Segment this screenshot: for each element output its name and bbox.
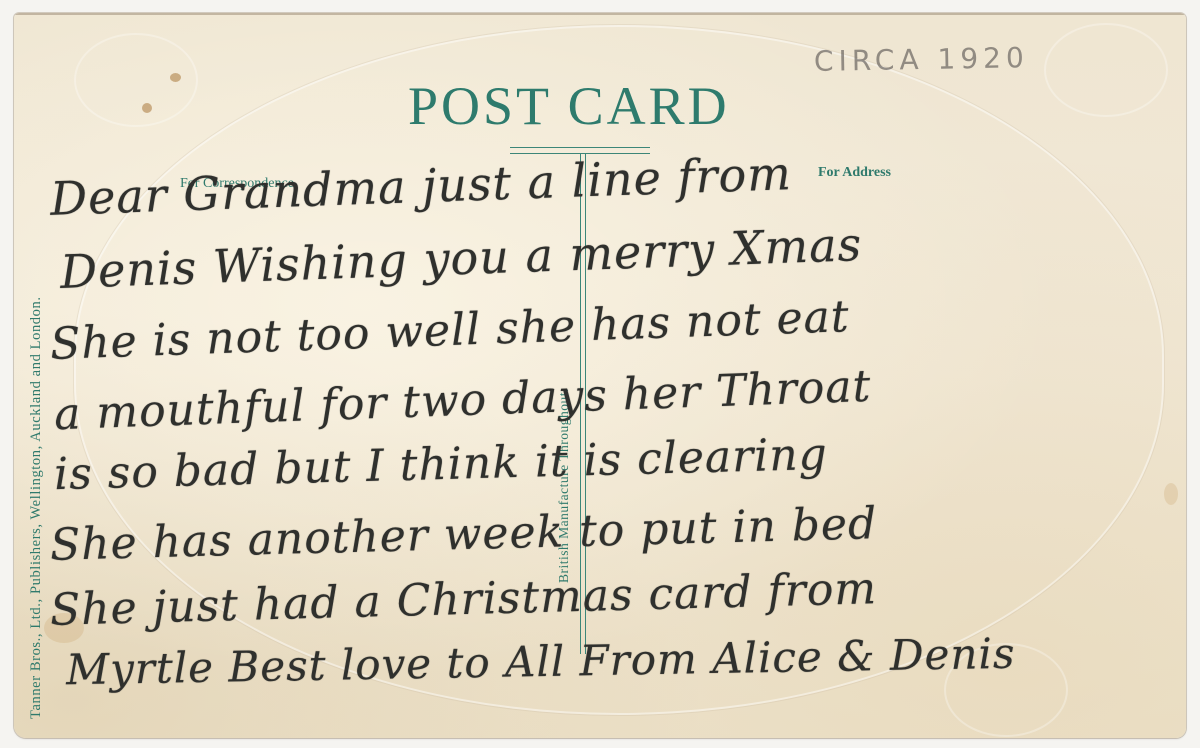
embossed-flower-top-right xyxy=(1044,23,1168,117)
scan-background: CIRCA 1920 POST CARD For Correspondence.… xyxy=(0,0,1200,748)
message-line-2: Denis Wishing you a merry Xmas xyxy=(59,221,862,295)
message-line-7: She just had a Christmas card from xyxy=(50,567,878,633)
age-spot xyxy=(142,103,152,113)
message-line-6: She has another week to put in bed xyxy=(50,502,878,568)
age-spot xyxy=(170,73,181,82)
message-line-8-signature: Myrtle Best love to All From Alice & Den… xyxy=(66,633,1016,692)
postcard: CIRCA 1920 POST CARD For Correspondence.… xyxy=(14,13,1186,738)
pencil-date-annotation: CIRCA 1920 xyxy=(814,41,1029,78)
message-line-4: a mouthful for two days her Throat xyxy=(53,365,871,438)
divider-horizontal-top xyxy=(510,147,650,148)
address-label: For Address xyxy=(818,165,891,181)
publisher-imprint: Tanner Bros., Ltd., Publishers, Wellingt… xyxy=(28,296,45,719)
message-line-3: She is not too well she has not eat xyxy=(49,295,850,367)
message-line-5: is so bad but I think it is clearing xyxy=(54,433,829,497)
message-line-1: Dear Grandma just a line from xyxy=(49,150,792,222)
postcard-title: POST CARD xyxy=(408,79,730,133)
age-spot xyxy=(1164,483,1178,505)
